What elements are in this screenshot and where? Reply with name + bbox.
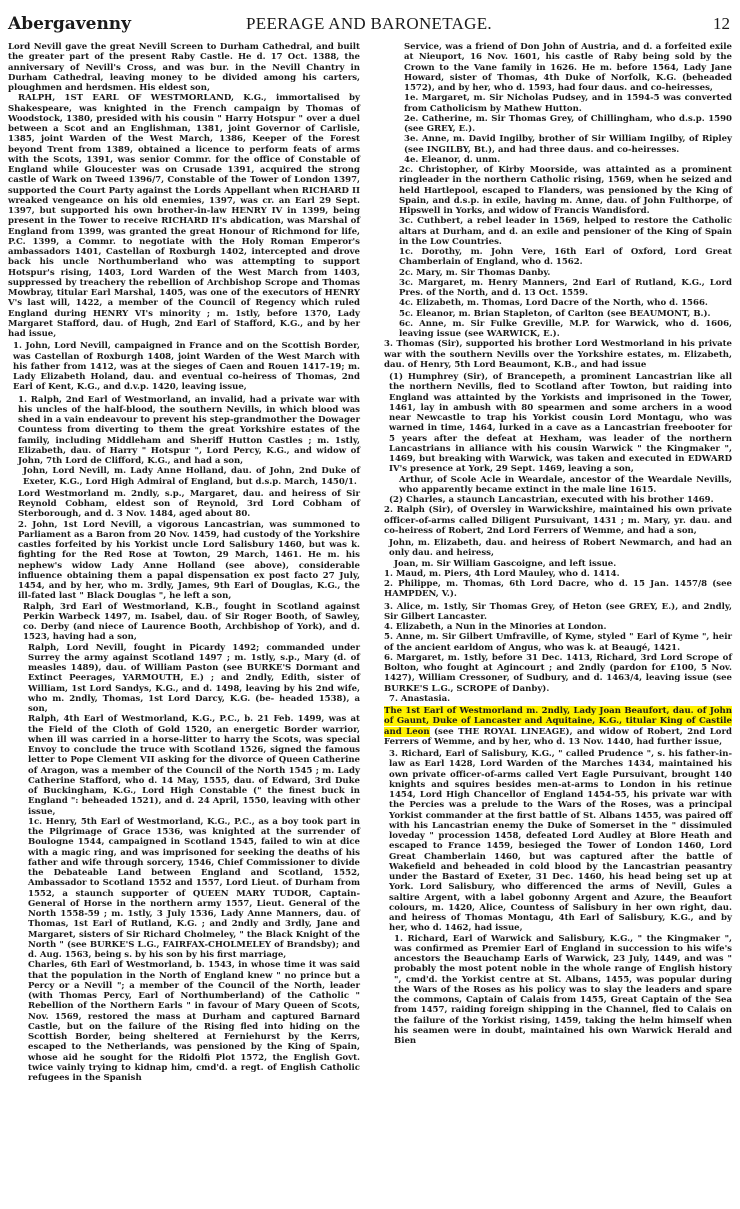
- entry-paragraph: 1. Maud, m. Piers, 4th Lord Mauley, who …: [384, 569, 732, 579]
- entry-paragraph: 2. Ralph (Sir), of Oversley in Warwicksh…: [384, 505, 732, 536]
- right-column-lower: 3. Richard, Earl of Salisbury, K.G., " c…: [384, 749, 732, 1046]
- entry-paragraph: 1c. Dorothy, m. John Vere, 16th Earl of …: [384, 247, 732, 268]
- entry-paragraph: RALPH, 1ST EARL OF WESTMORLAND, K.G., im…: [8, 93, 360, 339]
- left-column: Lord Nevill gave the great Nevill Screen…: [8, 42, 360, 1083]
- entry-paragraph: 4. Elizabeth, a Nun in the Minories at L…: [384, 622, 732, 632]
- right-column-upper: Service, was a friend of Don John of Aus…: [384, 42, 732, 704]
- entry-paragraph: Ralph, 3rd Earl of Westmorland, K.B., fo…: [8, 602, 360, 643]
- entry-paragraph: John, Lord Nevill, m. Lady Anne Holland,…: [8, 466, 360, 487]
- entry-paragraph: 3. Thomas (Sir), supported his brother L…: [384, 339, 732, 370]
- page-header: Abergavenny PEERAGE AND BARONETAGE. 12: [8, 14, 730, 44]
- page-number: 12: [713, 14, 730, 34]
- entry-paragraph: 1. Richard, Earl of Warwick and Salisbur…: [384, 934, 732, 1047]
- entry-paragraph: 6. Margaret, m. 1stly, before 31 Dec. 14…: [384, 653, 732, 694]
- entry-paragraph: 2e. Catherine, m. Sir Thomas Grey, of Ch…: [384, 114, 732, 135]
- entry-paragraph: 2. Philippe, m. Thomas, 6th Lord Dacre, …: [384, 579, 732, 600]
- entry-paragraph: 3c. Margaret, m. Henry Manners, 2nd Earl…: [384, 278, 732, 299]
- entry-paragraph: 1e. Margaret, m. Sir Nicholas Pudsey, an…: [384, 93, 732, 114]
- entry-paragraph: Charles, 6th Earl of Westmorland, b. 154…: [8, 960, 360, 1083]
- entry-paragraph: Service, was a friend of Don John of Aus…: [384, 42, 732, 93]
- entry-paragraph: 2c. Mary, m. Sir Thomas Danby.: [384, 268, 732, 278]
- entry-paragraph: (2) Charles, a staunch Lancastrian, exec…: [384, 495, 732, 505]
- right-column: Service, was a friend of Don John of Aus…: [384, 42, 732, 1046]
- entry-paragraph: 5c. Eleanor, m. Brian Stapleton, of Carl…: [384, 309, 732, 319]
- entry-paragraph: 5. Anne, m. Sir Gilbert Umfraville, of K…: [384, 632, 732, 653]
- entry-paragraph: John, m. Elizabeth, dau. and heiress of …: [384, 538, 732, 559]
- entry-paragraph: 4c. Elizabeth, m. Thomas, Lord Dacre of …: [384, 298, 732, 308]
- entry-paragraph: Ralph, Lord Nevill, fought in Picardy 14…: [8, 643, 360, 715]
- entry-paragraph: 1c. Henry, 5th Earl of Westmorland, K.G.…: [8, 817, 360, 961]
- entry-paragraph: Lord Nevill gave the great Nevill Screen…: [8, 42, 360, 93]
- highlighted-paragraph: The 1st Earl of Westmorland m. 2ndly, La…: [384, 706, 732, 747]
- entry-paragraph: 3e. Anne, m. David Ingilby, brother of S…: [384, 134, 732, 155]
- entry-paragraph: 7. Anastasia.: [384, 694, 732, 704]
- entry-paragraph: 6c. Anne, m. Sir Fulke Greville, M.P. fo…: [384, 319, 732, 340]
- entry-paragraph: 1. Ralph, 2nd Earl of Westmorland, an in…: [8, 395, 360, 467]
- entry-paragraph: 3c. Cuthbert, a rebel leader in 1569, he…: [384, 216, 732, 247]
- entry-paragraph: 2c. Christopher, of Kirby Moorside, was …: [384, 165, 732, 216]
- entry-paragraph: 3. Alice, m. 1stly, Sir Thomas Grey, of …: [384, 602, 732, 623]
- entry-paragraph: Lord Westmorland m. 2ndly, s.p., Margare…: [8, 489, 360, 520]
- entry-paragraph: 1. John, Lord Nevill, campaigned in Fran…: [8, 341, 360, 392]
- entry-paragraph: Arthur, of Scole Acle in Weardale, ances…: [384, 475, 732, 496]
- entry-paragraph: (1) Humphrey (Sir), of Brancepeth, a pro…: [384, 372, 732, 475]
- entry-paragraph: 4e. Eleanor, d. unm.: [384, 155, 732, 165]
- entry-paragraph: 2. John, 1st Lord Nevill, a vigorous Lan…: [8, 520, 360, 602]
- entry-paragraph: 3. Richard, Earl of Salisbury, K.G., " c…: [384, 749, 732, 934]
- entry-paragraph: Ralph, 4th Earl of Westmorland, K.G., P.…: [8, 714, 360, 817]
- highlight-continuation: (see THE ROYAL LINEAGE), and widow of Ro…: [384, 727, 732, 747]
- entry-paragraph: Joan, m. Sir William Gascoigne, and left…: [384, 559, 732, 569]
- book-title: PEERAGE AND BARONETAGE.: [8, 14, 730, 34]
